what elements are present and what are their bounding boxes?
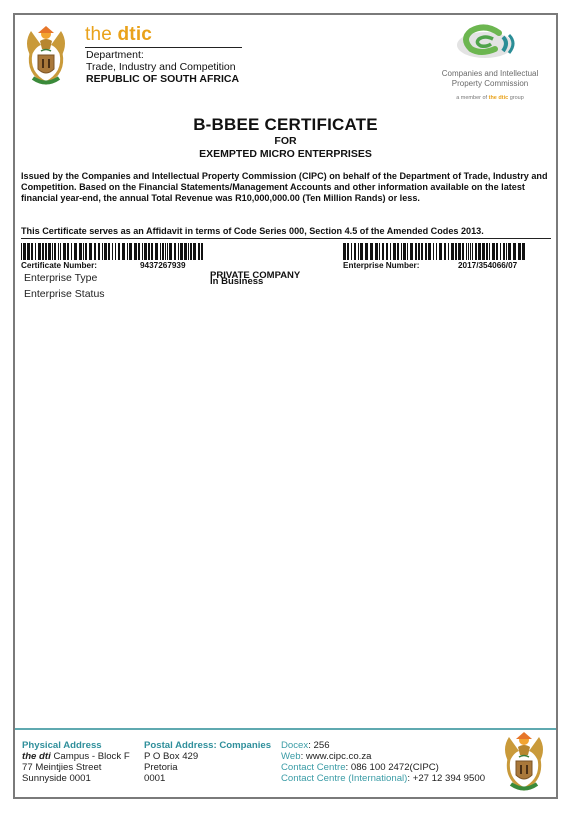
- contact-centre-label: Contact Centre: [281, 762, 346, 773]
- physical-address-line1: the dti Campus - Block F: [22, 751, 130, 762]
- cipc-name-line2: Property Commission: [427, 79, 553, 89]
- cipc-name-line1: Companies and Intellectual: [427, 69, 553, 79]
- certificate-subtitle-for: FOR: [15, 135, 556, 147]
- certificate-subtitle: EXEMPTED MICRO ENTERPRISES: [15, 148, 556, 160]
- member-suffix: group: [510, 95, 524, 101]
- certificate-number-label: Certificate Number:: [21, 261, 97, 270]
- physical-address: Physical Address the dti Campus - Block …: [22, 740, 130, 784]
- contact-intl-value: +27 12 394 9500: [413, 773, 485, 784]
- certificate-barcode: [21, 243, 205, 260]
- cipc-logo-icon: [455, 23, 521, 63]
- contact-intl-line: Contact Centre (International): +27 12 3…: [281, 773, 485, 784]
- issued-statement: Issued by the Companies and Intellectual…: [21, 171, 551, 204]
- physical-address-line3: Sunnyside 0001: [22, 773, 130, 784]
- dti-italic: the dti: [22, 751, 51, 762]
- web-link[interactable]: www.cipc.co.za: [306, 751, 372, 762]
- certificate-number: 9437267939: [140, 261, 186, 270]
- member-brand: the dtic: [489, 95, 509, 101]
- certificate-page: the dtic Department: Trade, Industry and…: [13, 13, 558, 799]
- postal-address-heading: Postal Address: Companies: [144, 740, 271, 751]
- docex-line: Docex: 256: [281, 740, 485, 751]
- campus-text: Campus - Block F: [51, 751, 130, 762]
- member-prefix: a member of: [456, 95, 487, 101]
- enterprise-number: 2017/354066/07: [458, 261, 517, 270]
- footer-coat-of-arms-icon: [499, 729, 549, 795]
- department-label: Department:: [86, 49, 144, 61]
- physical-address-heading: Physical Address: [22, 740, 130, 751]
- affidavit-divider: [21, 238, 551, 239]
- web-line: Web: www.cipc.co.za: [281, 751, 485, 762]
- certificate-title: B-BBEE CERTIFICATE: [15, 115, 556, 135]
- enterprise-number-label: Enterprise Number:: [343, 261, 419, 270]
- physical-address-line2: 77 Meintjies Street: [22, 762, 130, 773]
- contact-intl-label: Contact Centre (International): [281, 773, 407, 784]
- cipc-name: Companies and Intellectual Property Comm…: [427, 69, 553, 89]
- dtic-prefix: the: [85, 24, 112, 45]
- enterprise-status-label: Enterprise Status: [24, 288, 105, 300]
- web-label: Web: [281, 751, 301, 762]
- enterprise-barcode: [343, 243, 529, 260]
- dtic-name: dtic: [118, 24, 153, 45]
- postal-address-line3: 0001: [144, 773, 271, 784]
- docex-value: 256: [314, 740, 330, 751]
- enterprise-status-value: In Business: [210, 277, 263, 286]
- dtic-brand: the dtic: [85, 24, 152, 46]
- contact-centre-line: Contact Centre: 086 100 2472(CIPC): [281, 762, 485, 773]
- department-name: Trade, Industry and Competition: [86, 61, 236, 73]
- postal-address: Postal Address: Companies P O Box 429 Pr…: [144, 740, 271, 784]
- country-name: REPUBLIC OF SOUTH AFRICA: [86, 73, 239, 85]
- coat-of-arms-icon: [21, 23, 71, 89]
- footer-divider: [15, 728, 556, 730]
- contact-centre-value: 086 100 2472(CIPC): [351, 762, 439, 773]
- affidavit-statement: This Certificate serves as an Affidavit …: [21, 226, 551, 236]
- contact-details: Docex: 256 Web: www.cipc.co.za Contact C…: [281, 740, 485, 784]
- cipc-member-tagline: a member of the dtic group: [427, 95, 553, 101]
- docex-label: Docex: [281, 740, 308, 751]
- postal-address-line2: Pretoria: [144, 762, 271, 773]
- enterprise-type-label: Enterprise Type: [24, 272, 97, 284]
- header-divider: [85, 47, 242, 48]
- postal-address-line1: P O Box 429: [144, 751, 271, 762]
